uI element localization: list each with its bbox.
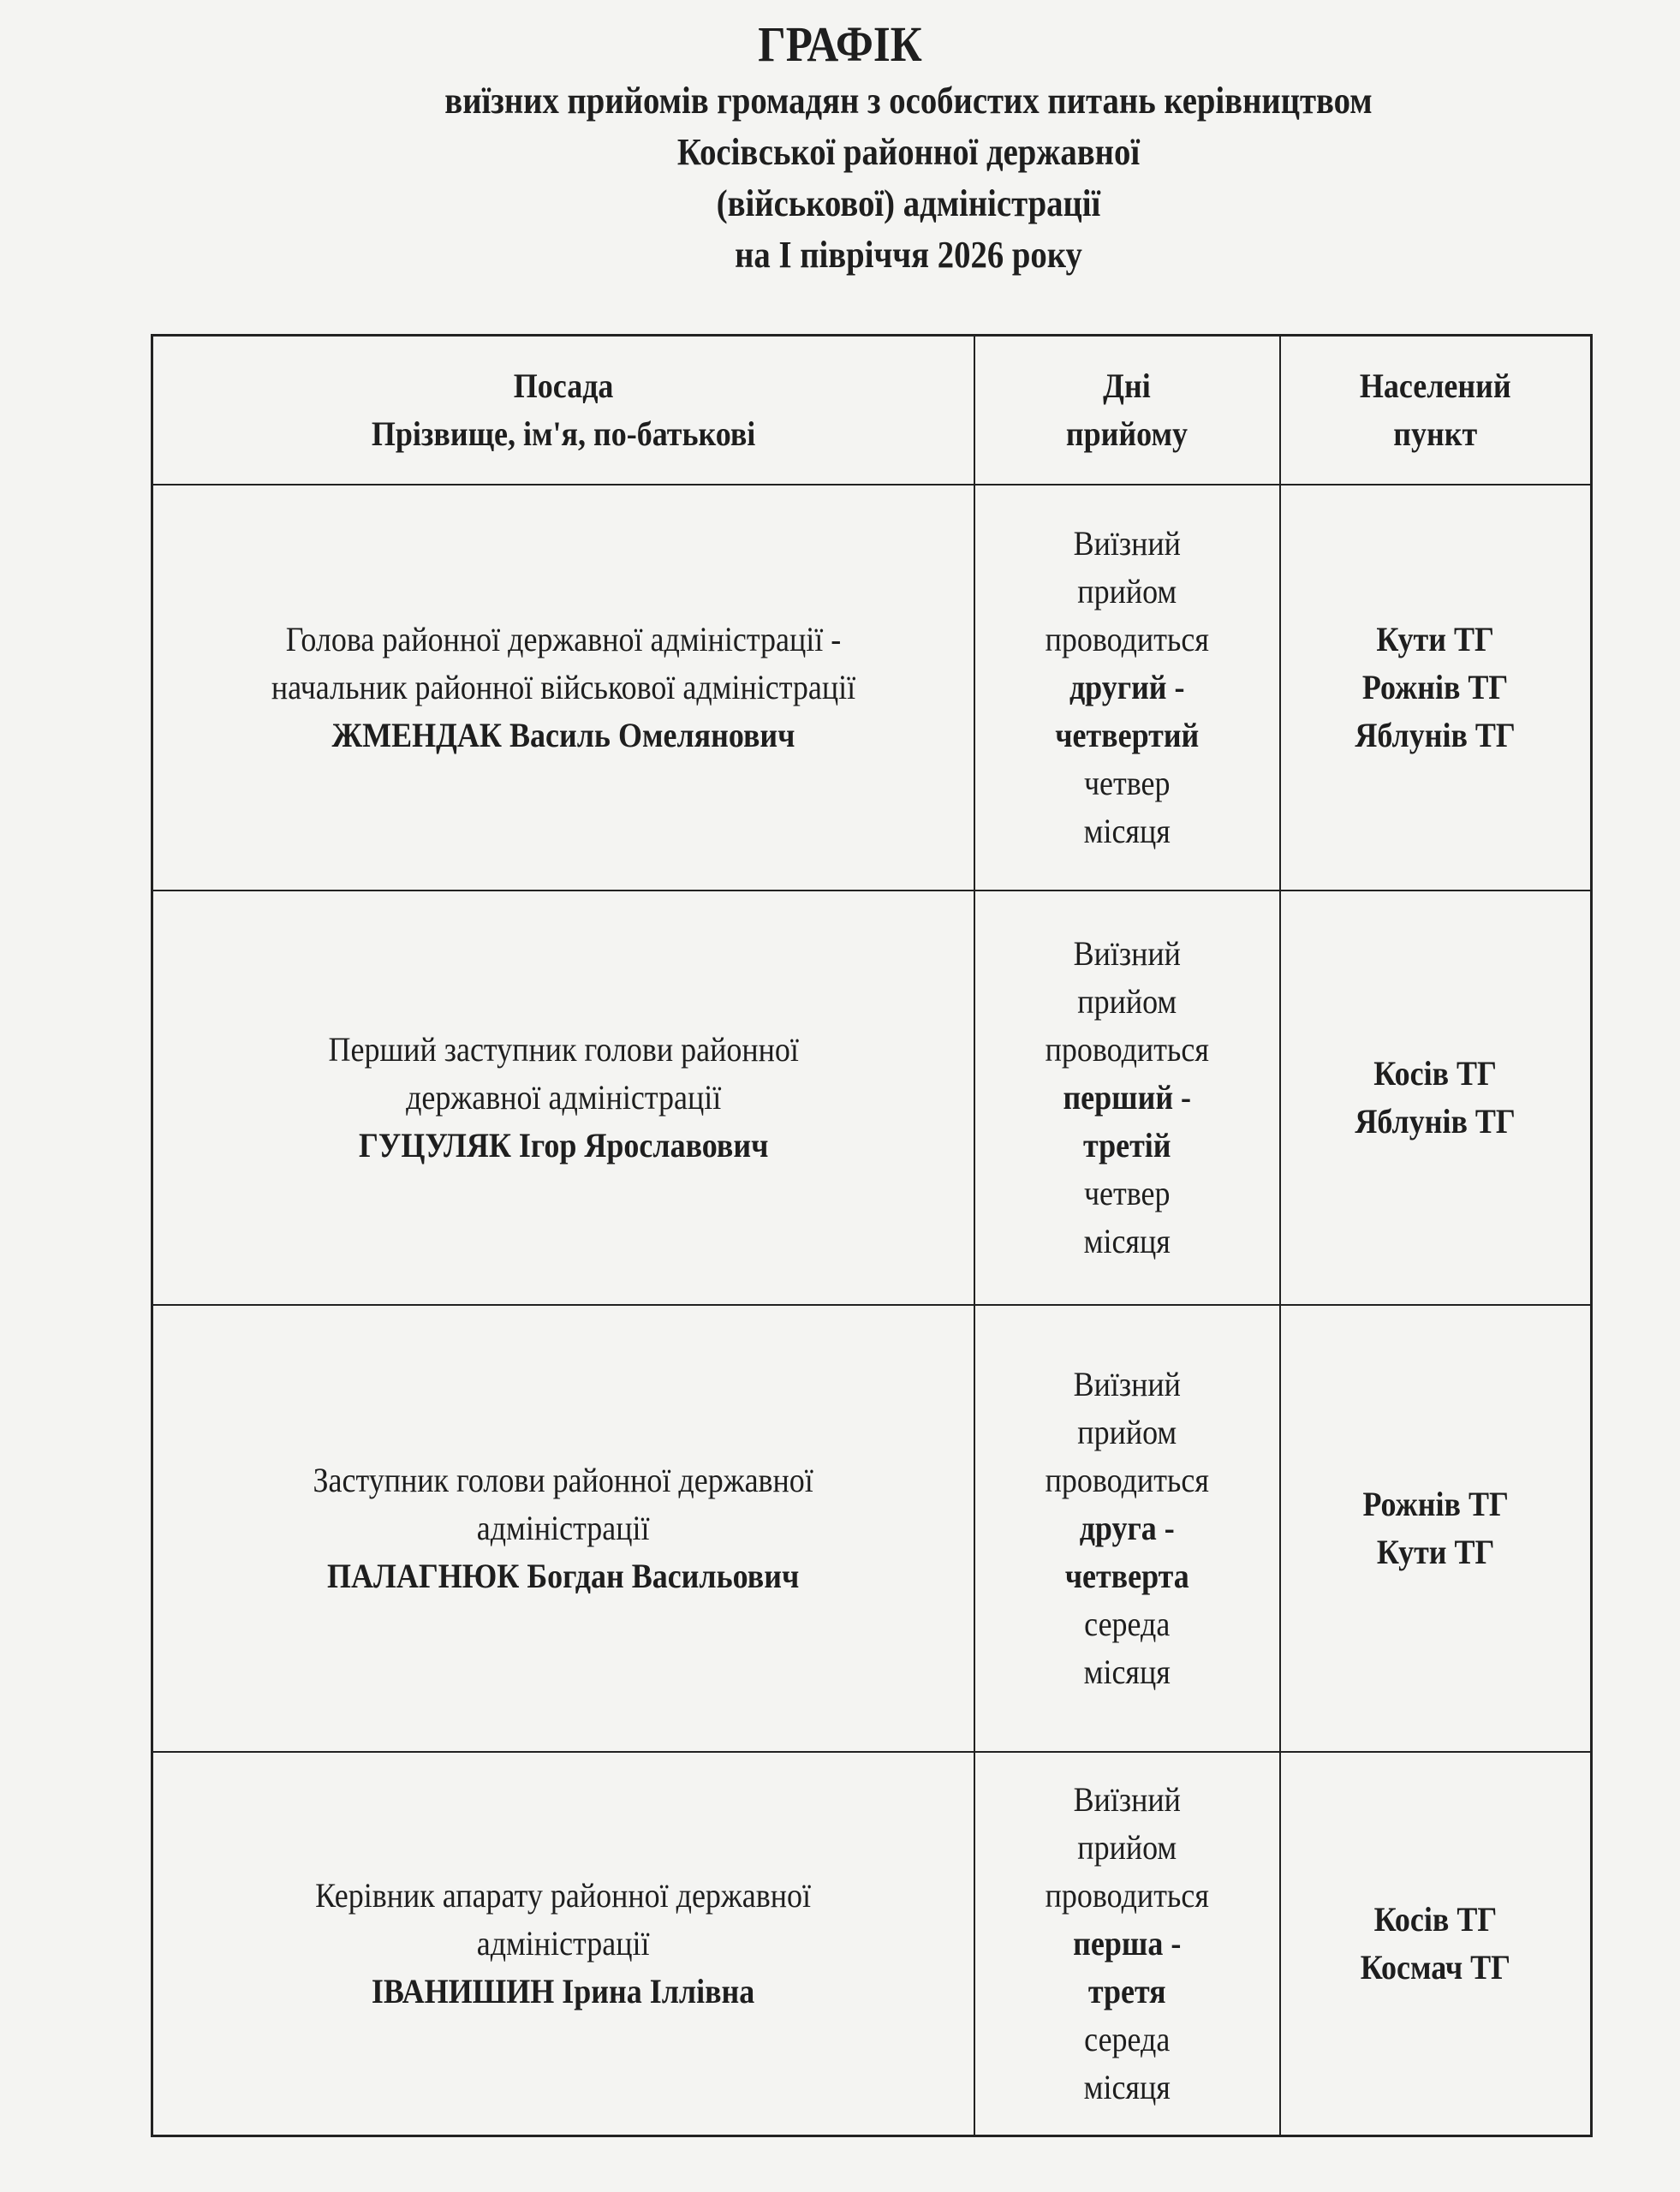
days-intro-line: проводиться — [1046, 616, 1209, 664]
days-intro-line: прийом — [1046, 978, 1209, 1026]
header-place-line-2: пункт — [1360, 410, 1511, 458]
place-cell: Косів ТГКосмач ТГ — [1280, 1752, 1592, 2135]
place-cell: Кути ТГРожнів ТГЯблунів ТГ — [1280, 485, 1592, 890]
position-wrapper: Голова районної державної адміністрації … — [271, 616, 855, 759]
place-cell: Косів ТГЯблунів ТГ — [1280, 890, 1592, 1305]
place-item: Яблунів ТГ — [1355, 1098, 1516, 1146]
header-position-line-2: Прізвище, ім'я, по-батькові — [372, 410, 755, 458]
position-wrapper: Керівник апарату районної державноїадмін… — [315, 1872, 811, 2016]
days-suffix: місяця — [1046, 1648, 1209, 1696]
days-cell: Виїзнийприйомпроводитьсяперша -третясере… — [974, 1752, 1280, 2135]
position-cell: Керівник апарату районної державноїадмін… — [152, 1752, 974, 2135]
position-line: адміністрації — [313, 1504, 813, 1552]
place-wrapper: Косів ТГЯблунів ТГ — [1355, 1050, 1516, 1146]
days-week-line: друга - — [1046, 1504, 1209, 1552]
table-header-row: Посада Прізвище, ім'я, по-батькові Дні п… — [152, 336, 1592, 485]
days-week-line: перша - — [1046, 1920, 1209, 1968]
days-intro-line: проводиться — [1046, 1456, 1209, 1504]
days-week-line: перший - — [1046, 1074, 1209, 1122]
days-intro-line: проводиться — [1046, 1872, 1209, 1920]
days-cell: Виїзнийприйомпроводитьсяперший -третійче… — [974, 890, 1280, 1305]
table-row: Перший заступник голови районноїдержавно… — [152, 890, 1592, 1305]
position-cell: Перший заступник голови районноїдержавно… — [152, 890, 974, 1305]
schedule-table: Посада Прізвище, ім'я, по-батькові Дні п… — [151, 334, 1593, 2137]
days-wrapper: Виїзнийприйомпроводитьсяперший -третійче… — [1046, 930, 1209, 1266]
days-intro-line: прийом — [1046, 1409, 1209, 1456]
days-suffix: місяця — [1046, 2064, 1209, 2112]
header-place-line-1: Населений — [1360, 362, 1511, 410]
place-item: Космач ТГ — [1361, 1944, 1510, 1992]
position-wrapper: Заступник голови районної державноїадмін… — [313, 1456, 813, 1600]
days-wrapper: Виїзнийприйомпроводитьсядругий -четверти… — [1046, 520, 1209, 855]
position-line: адміністрації — [315, 1920, 811, 1968]
days-week-line: другий - — [1046, 664, 1209, 712]
days-week-line: третя — [1046, 1968, 1209, 2016]
position-line: начальник районної військової адміністра… — [271, 664, 855, 712]
days-intro-line: Виїзний — [1046, 930, 1209, 978]
place-item: Кути ТГ — [1355, 616, 1516, 664]
days-intro-line: проводиться — [1046, 1026, 1209, 1074]
header-place: Населений пункт — [1280, 336, 1592, 485]
header-position: Посада Прізвище, ім'я, по-батькові — [152, 336, 974, 485]
header-days: Дні прийому — [974, 336, 1280, 485]
document-subtitle-line-4: на І півріччя 2026 року — [229, 233, 1588, 277]
table-row: Керівник апарату районної державноїадмін… — [152, 1752, 1592, 2135]
days-weekday: середа — [1046, 2016, 1209, 2064]
person-name: ПАЛАГНЮК Богдан Васильович — [313, 1552, 813, 1600]
days-intro-line: прийом — [1046, 1824, 1209, 1872]
header-days-line-1: Дні — [1066, 362, 1188, 410]
position-line: Заступник голови районної державної — [313, 1456, 813, 1504]
position-line: Керівник апарату районної державної — [315, 1872, 811, 1920]
document-title: ГРАФІК — [101, 15, 1580, 73]
header-days-line-2: прийому — [1066, 410, 1188, 458]
days-intro-line: прийом — [1046, 568, 1209, 616]
person-name: ІВАНИШИН Ірина Іллівна — [315, 1968, 811, 2016]
days-week-line: третій — [1046, 1122, 1209, 1170]
place-cell: Рожнів ТГКути ТГ — [1280, 1305, 1592, 1752]
days-cell: Виїзнийприйомпроводитьсядруга -четвертас… — [974, 1305, 1280, 1752]
place-item: Кути ТГ — [1362, 1528, 1508, 1576]
position-line: державної адміністрації — [328, 1074, 798, 1122]
place-item: Рожнів ТГ — [1355, 664, 1516, 712]
table-row: Заступник голови районної державноїадмін… — [152, 1305, 1592, 1752]
document-subtitle-line-2: Косівської районної державної — [229, 130, 1588, 174]
position-line: Перший заступник голови районної — [328, 1026, 798, 1074]
header-position-line-1: Посада — [372, 362, 755, 410]
table-row: Голова районної державної адміністрації … — [152, 485, 1592, 890]
document-subtitle-line-3: (військової) адміністрації — [229, 182, 1588, 225]
days-suffix: місяця — [1046, 1218, 1209, 1266]
person-name: ГУЦУЛЯК Ігор Ярославович — [328, 1122, 798, 1170]
position-cell: Голова районної державної адміністрації … — [152, 485, 974, 890]
position-wrapper: Перший заступник голови районноїдержавно… — [328, 1026, 798, 1170]
days-week-line: четвертий — [1046, 712, 1209, 759]
document-subtitle-line-1: виїзних прийомів громадян з особистих пи… — [229, 79, 1588, 122]
place-item: Яблунів ТГ — [1355, 712, 1516, 759]
days-intro-line: Виїзний — [1046, 1776, 1209, 1824]
person-name: ЖМЕНДАК Василь Омелянович — [271, 712, 855, 759]
days-intro-line: Виїзний — [1046, 520, 1209, 568]
days-wrapper: Виїзнийприйомпроводитьсядруга -четвертас… — [1046, 1361, 1209, 1696]
days-weekday: четвер — [1046, 759, 1209, 807]
days-cell: Виїзнийприйомпроводитьсядругий -четверти… — [974, 485, 1280, 890]
days-intro-line: Виїзний — [1046, 1361, 1209, 1409]
days-week-line: четверта — [1046, 1552, 1209, 1600]
days-weekday: середа — [1046, 1600, 1209, 1648]
place-wrapper: Рожнів ТГКути ТГ — [1362, 1480, 1508, 1576]
place-item: Косів ТГ — [1361, 1896, 1510, 1944]
position-cell: Заступник голови районної державноїадмін… — [152, 1305, 974, 1752]
place-item: Рожнів ТГ — [1362, 1480, 1508, 1528]
days-weekday: четвер — [1046, 1170, 1209, 1218]
days-suffix: місяця — [1046, 807, 1209, 855]
place-wrapper: Косів ТГКосмач ТГ — [1361, 1896, 1510, 1992]
position-line: Голова районної державної адміністрації … — [271, 616, 855, 664]
place-item: Косів ТГ — [1355, 1050, 1516, 1098]
place-wrapper: Кути ТГРожнів ТГЯблунів ТГ — [1355, 616, 1516, 759]
days-wrapper: Виїзнийприйомпроводитьсяперша -третясере… — [1046, 1776, 1209, 2112]
